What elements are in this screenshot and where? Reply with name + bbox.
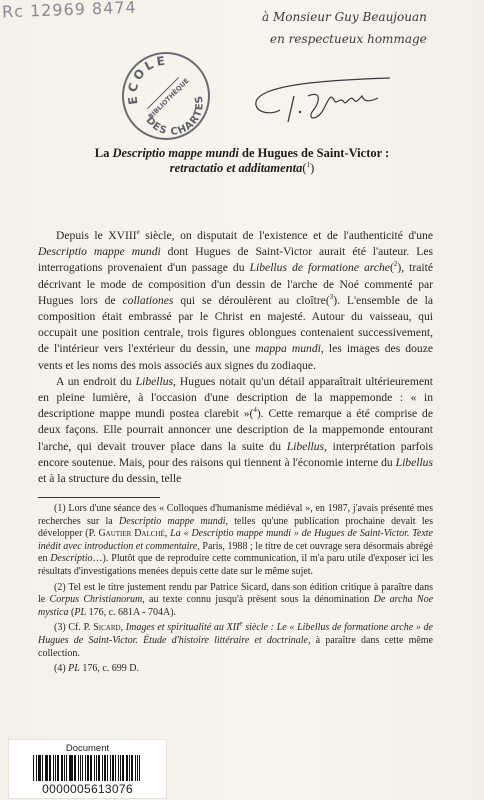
handwritten-shelfmark: Rc 12969 8474 bbox=[2, 0, 137, 21]
barcode-label: Document 0000005613076 bbox=[8, 739, 167, 799]
article-title: La Descriptio mappe mundi de Hugues de S… bbox=[0, 146, 484, 176]
footnote-ref: 3 bbox=[330, 293, 334, 301]
paragraph-2: A un endroit du Libellus, Hugues notait … bbox=[38, 374, 433, 487]
stamp-icon: ECOLE DES CHARTES BIBLIOTHÈQUE bbox=[124, 54, 208, 138]
dedication-line: en respectueux hommage bbox=[262, 28, 427, 50]
footnote-3: (3) Cf. P. Sicard, Images et spiritualit… bbox=[38, 622, 433, 660]
dedication-line: à Monsieur Guy Beaujouan bbox=[262, 6, 427, 28]
svg-text:P. Gautier: P. Gautier bbox=[250, 125, 255, 127]
handwritten-dedication: à Monsieur Guy Beaujouan en respectueux … bbox=[262, 6, 427, 50]
title-line-1: La Descriptio mappe mundi de Hugues de S… bbox=[0, 146, 484, 161]
footnote-4: (4) PL 176, c. 699 D. bbox=[38, 663, 433, 676]
footnote-ref: 2 bbox=[394, 261, 398, 269]
barcode-title: Document bbox=[9, 743, 166, 754]
body-text: Depuis le XVIIIe siècle, on disputait de… bbox=[38, 228, 433, 487]
footnote-ref: 1 bbox=[307, 161, 311, 169]
footnote-2: (2) Tel est le titre justement rendu par… bbox=[38, 582, 433, 620]
title-line-2: retractatio et additamenta(1) bbox=[0, 161, 484, 176]
footnote-divider bbox=[38, 497, 160, 498]
paragraph-1: Depuis le XVIIIe siècle, on disputait de… bbox=[38, 228, 433, 374]
footnote-1: (1) Lors d'une séance des « Colloques d'… bbox=[38, 503, 433, 579]
scanned-page: Rc 12969 8474 à Monsieur Guy Beaujouan e… bbox=[0, 0, 484, 800]
barcode-icon bbox=[33, 755, 143, 781]
svg-text:BIBLIOTHÈQUE: BIBLIOTHÈQUE bbox=[146, 76, 191, 121]
footnote-ref: 4 bbox=[253, 406, 257, 414]
library-stamp: ECOLE DES CHARTES BIBLIOTHÈQUE bbox=[122, 52, 210, 140]
barcode-number: 0000005613076 bbox=[9, 782, 166, 796]
svg-text:ECOLE: ECOLE bbox=[125, 54, 168, 106]
signature-scribble: P. Gautier bbox=[250, 72, 410, 127]
footnotes: (1) Lors d'une séance des « Colloques d'… bbox=[38, 503, 433, 679]
